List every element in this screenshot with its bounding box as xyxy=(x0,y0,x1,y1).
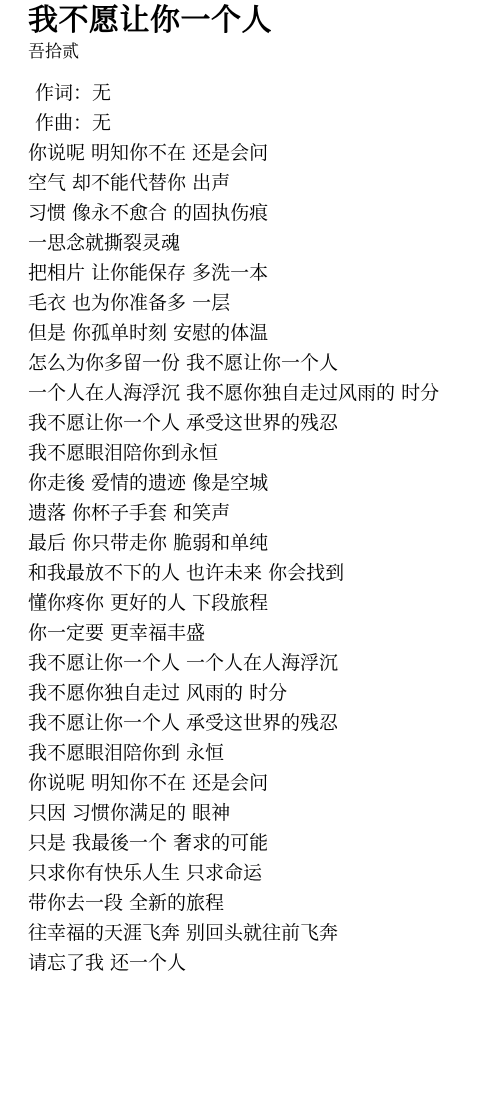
lyric-line: 我不愿眼泪陪你到 永恒 xyxy=(28,738,490,768)
lyric-line: 懂你疼你 更好的人 下段旅程 xyxy=(28,588,490,618)
lyric-line: 最后 你只带走你 脆弱和单纯 xyxy=(28,528,490,558)
lyric-line: 我不愿让你一个人 承受这世界的残忍 xyxy=(28,408,490,438)
lyric-line: 遗落 你杯子手套 和笑声 xyxy=(28,498,490,528)
lyric-line: 只因 习惯你满足的 眼神 xyxy=(28,798,490,828)
lyric-line: 只求你有快乐人生 只求命运 xyxy=(28,858,490,888)
lyric-line: 毛衣 也为你准备多 一层 xyxy=(28,288,490,318)
lyrics-block: 你说呢 明知你不在 还是会问空气 却不能代替你 出声习惯 像永不愈合 的固执伤痕… xyxy=(28,138,490,978)
song-title: 我不愿让你一个人 xyxy=(28,2,490,40)
lyric-line: 怎么为你多留一份 我不愿让你一个人 xyxy=(28,348,490,378)
credit-line: 作词：无 xyxy=(35,78,490,108)
lyric-line: 一思念就撕裂灵魂 xyxy=(28,228,490,258)
lyric-line: 但是 你孤单时刻 安慰的体温 xyxy=(28,318,490,348)
lyric-line: 只是 我最後一个 奢求的可能 xyxy=(28,828,490,858)
lyric-line: 你说呢 明知你不在 还是会问 xyxy=(28,138,490,168)
lyric-line: 和我最放不下的人 也许未来 你会找到 xyxy=(28,558,490,588)
lyric-line: 我不愿让你一个人 承受这世界的残忍 xyxy=(28,708,490,738)
lyric-line: 习惯 像永不愈合 的固执伤痕 xyxy=(28,198,490,228)
lyric-line: 往幸福的天涯飞奔 别回头就往前飞奔 xyxy=(28,918,490,948)
credit-line: 作曲：无 xyxy=(35,108,490,138)
lyric-line: 请忘了我 还一个人 xyxy=(28,948,490,978)
credits-block: 作词：无作曲：无 xyxy=(28,78,490,138)
lyric-line: 空气 却不能代替你 出声 xyxy=(28,168,490,198)
lyric-line: 一个人在人海浮沉 我不愿你独自走过风雨的 时分 xyxy=(28,378,490,408)
lyric-line: 你一定要 更幸福丰盛 xyxy=(28,618,490,648)
lyrics-page: 我不愿让你一个人 吾拾贰 作词：无作曲：无 你说呢 明知你不在 还是会问空气 却… xyxy=(0,0,500,978)
lyric-line: 我不愿你独自走过 风雨的 时分 xyxy=(28,678,490,708)
lyric-line: 带你去一段 全新的旅程 xyxy=(28,888,490,918)
lyric-line: 我不愿让你一个人 一个人在人海浮沉 xyxy=(28,648,490,678)
lyric-line: 你说呢 明知你不在 还是会问 xyxy=(28,768,490,798)
lyric-line: 我不愿眼泪陪你到永恒 xyxy=(28,438,490,468)
lyric-line: 把相片 让你能保存 多洗一本 xyxy=(28,258,490,288)
artist-name: 吾拾贰 xyxy=(28,40,490,64)
lyric-line: 你走後 爱情的遗迹 像是空城 xyxy=(28,468,490,498)
